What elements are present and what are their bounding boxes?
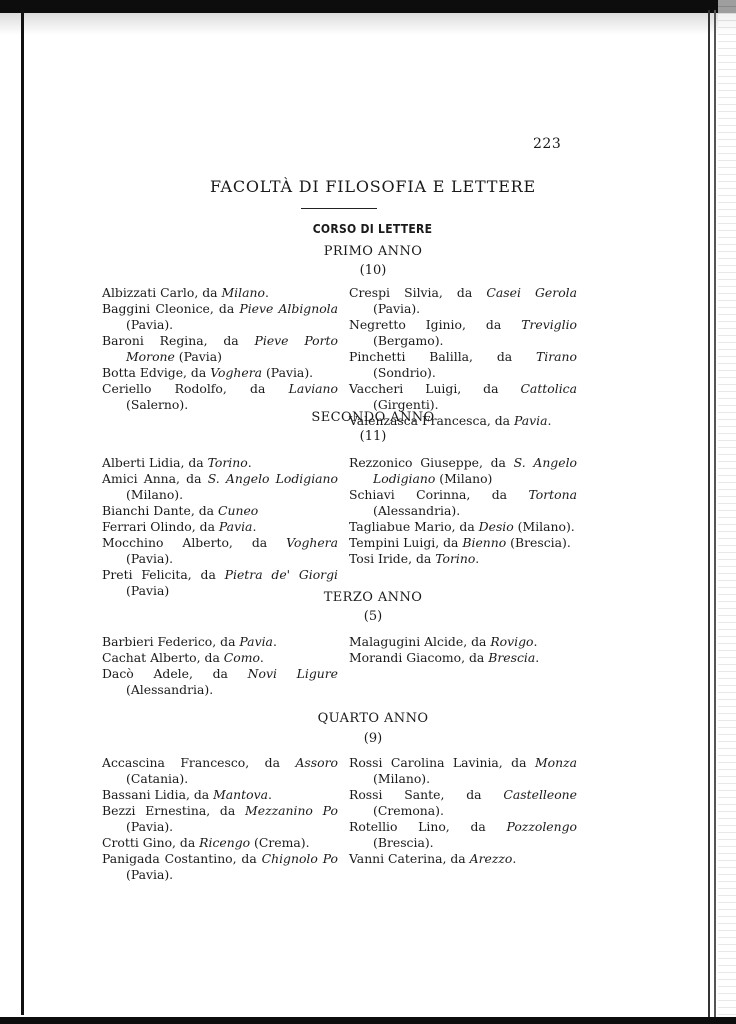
scan-left-border: [21, 10, 24, 1015]
birthplace: Voghera: [286, 535, 338, 550]
birthplace: Pavia: [239, 634, 273, 649]
scan-top-border: [0, 0, 736, 13]
birthplace: Mezzanino Po: [245, 803, 338, 818]
student-name: Preti Felicita, da: [102, 567, 225, 582]
student-entry: Albizzati Carlo, da Milano.: [102, 285, 338, 301]
province: .: [475, 551, 479, 566]
student-name: Negretto Iginio, da: [349, 317, 521, 332]
student-entry: Ceriello Rodolfo, da Laviano (Salerno).: [102, 381, 338, 413]
birthplace: Assoro: [295, 755, 338, 770]
title-divider: [301, 208, 377, 209]
faculty-title: FACOLTÀ DI FILOSOFIA E LETTERE: [0, 177, 736, 196]
course-title: CORSO DI LETTERE: [37, 222, 699, 236]
birthplace: Treviglio: [521, 317, 577, 332]
student-entry: Cachat Alberto, da Como.: [102, 650, 338, 666]
birthplace: Como: [224, 650, 260, 665]
birthplace: Casei Gerola: [486, 285, 577, 300]
province: .: [273, 634, 277, 649]
page-number: 223: [533, 136, 561, 152]
birthplace: S. Angelo Lodigiano: [208, 471, 338, 486]
student-name: Tempini Luigi, da: [349, 535, 462, 550]
scan-top-shadow: [0, 13, 736, 35]
province: (Sondrio).: [373, 365, 436, 380]
scan-bottom-border: [0, 1017, 736, 1024]
birthplace: Bienno: [462, 535, 506, 550]
province: (Alessandria).: [373, 503, 460, 518]
province: (Pavia).: [262, 365, 313, 380]
student-name: Baroni Regina, da: [102, 333, 255, 348]
student-entry: Rossi Sante, da Castelleone (Cremona).: [349, 787, 577, 819]
student-name: Bianchi Dante, da: [102, 503, 218, 518]
section-count-secondo-anno: (11): [0, 429, 736, 444]
student-entry: Tempini Luigi, da Bienno (Brescia).: [349, 535, 577, 551]
student-entry: Rezzonico Giuseppe, da S. Angelo Lodigia…: [349, 455, 577, 487]
student-name: Cachat Alberto, da: [102, 650, 224, 665]
student-name: Schiavi Corinna, da: [349, 487, 529, 502]
province: (Milano): [435, 471, 492, 486]
province: (Cremona).: [373, 803, 444, 818]
section-count-terzo-anno: (5): [0, 609, 736, 624]
student-name: Bassani Lidia, da: [102, 787, 213, 802]
student-entry: Panigada Costantino, da Chignolo Po (Pav…: [102, 851, 338, 883]
student-name: Ceriello Rodolfo, da: [102, 381, 289, 396]
student-list-right: Rossi Carolina Lavinia, da Monza (Milano…: [349, 755, 577, 867]
student-entry: Bianchi Dante, da Cuneo: [102, 503, 338, 519]
birthplace: Torino: [208, 455, 248, 470]
province: .: [268, 787, 272, 802]
student-entry: Negretto Iginio, da Treviglio (Bergamo).: [349, 317, 577, 349]
student-entry: Morandi Giacomo, da Brescia.: [349, 650, 577, 666]
student-entry: Tagliabue Mario, da Desio (Milano).: [349, 519, 577, 535]
birthplace: Tortona: [529, 487, 578, 502]
scan-right-border: [708, 10, 710, 1018]
student-entry: Crespi Silvia, da Casei Gerola (Pavia).: [349, 285, 577, 317]
section-count-quarto-anno: (9): [0, 731, 736, 746]
province: .: [265, 285, 269, 300]
student-entry: Rotellio Lino, da Pozzolengo (Brescia).: [349, 819, 577, 851]
student-name: Bezzi Ernestina, da: [102, 803, 245, 818]
province: .: [535, 650, 539, 665]
student-name: Rezzonico Giuseppe, da: [349, 455, 514, 470]
birthplace: Voghera: [210, 365, 262, 380]
birthplace: Laviano: [289, 381, 338, 396]
birthplace: Brescia: [488, 650, 535, 665]
student-name: Baggini Cleonice, da: [102, 301, 239, 316]
student-entry: Tosi Iride, da Torino.: [349, 551, 577, 567]
student-name: Rotellio Lino, da: [349, 819, 507, 834]
student-name: Morandi Giacomo, da: [349, 650, 488, 665]
birthplace: Pietra de' Giorgi: [225, 567, 338, 582]
student-entry: Alberti Lidia, da Torino.: [102, 455, 338, 471]
student-name: Alberti Lidia, da: [102, 455, 208, 470]
birthplace: Monza: [535, 755, 577, 770]
province: (Pavia).: [126, 867, 173, 882]
province: .: [260, 650, 264, 665]
birthplace: Pavia: [219, 519, 253, 534]
birthplace: Chignolo Po: [262, 851, 338, 866]
student-name: Rossi Sante, da: [349, 787, 503, 802]
birthplace: Castelleone: [503, 787, 577, 802]
student-entry: Bassani Lidia, da Mantova.: [102, 787, 338, 803]
student-name: Tosi Iride, da: [349, 551, 435, 566]
birthplace: Cuneo: [218, 503, 258, 518]
province: .: [512, 851, 516, 866]
student-entry: Amici Anna, da S. Angelo Lodigiano (Mila…: [102, 471, 338, 503]
student-name: Botta Edvige, da: [102, 365, 210, 380]
student-entry: Baroni Regina, da Pieve Porto Morone (Pa…: [102, 333, 338, 365]
birthplace: Novi Ligure: [248, 666, 338, 681]
student-name: Rossi Carolina Lavinia, da: [349, 755, 535, 770]
student-entry: Dacò Adele, da Novi Ligure (Alessandria)…: [102, 666, 338, 698]
student-name: Crespi Silvia, da: [349, 285, 486, 300]
student-list-left: Accascina Francesco, da Assoro (Catania)…: [102, 755, 338, 883]
student-entry: Mocchino Alberto, da Voghera (Pavia).: [102, 535, 338, 567]
birthplace: Ricengo: [199, 835, 250, 850]
student-name: Pinchetti Balilla, da: [349, 349, 536, 364]
student-entry: Vanni Caterina, da Arezzo.: [349, 851, 577, 867]
province: (Milano).: [514, 519, 575, 534]
student-entry: Crotti Gino, da Ricengo (Crema).: [102, 835, 338, 851]
student-name: Crotti Gino, da: [102, 835, 199, 850]
province: (Crema).: [250, 835, 309, 850]
scan-right-border-inner: [714, 10, 716, 1018]
section-heading-quarto-anno: QUARTO ANNO: [0, 711, 736, 726]
student-entry: Accascina Francesco, da Assoro (Catania)…: [102, 755, 338, 787]
student-name: Barbieri Federico, da: [102, 634, 239, 649]
province: .: [248, 455, 252, 470]
province: (Bergamo).: [373, 333, 444, 348]
student-entry: Botta Edvige, da Voghera (Pavia).: [102, 365, 338, 381]
birthplace: Rovigo: [490, 634, 533, 649]
province: (Pavia).: [373, 301, 420, 316]
section-count-primo-anno: (10): [0, 263, 736, 278]
student-name: Vanni Caterina, da: [349, 851, 470, 866]
birthplace: Torino: [435, 551, 475, 566]
student-list-left: Barbieri Federico, da Pavia.Cachat Alber…: [102, 634, 338, 698]
province: (Brescia).: [373, 835, 434, 850]
student-list-right: Rezzonico Giuseppe, da S. Angelo Lodigia…: [349, 455, 577, 567]
student-list-left: Alberti Lidia, da Torino.Amici Anna, da …: [102, 455, 338, 599]
province: (Catania).: [126, 771, 188, 786]
student-entry: Ferrari Olindo, da Pavia.: [102, 519, 338, 535]
province: (Pavia): [175, 349, 222, 364]
scan-right-edge: [718, 0, 736, 1024]
province: (Alessandria).: [126, 682, 213, 697]
province: (Milano).: [126, 487, 183, 502]
student-entry: Barbieri Federico, da Pavia.: [102, 634, 338, 650]
section-heading-terzo-anno: TERZO ANNO: [0, 590, 736, 605]
student-name: Vaccheri Luigi, da: [349, 381, 520, 396]
birthplace: Desio: [479, 519, 514, 534]
birthplace: Milano: [221, 285, 264, 300]
student-entry: Baggini Cleonice, da Pieve Albignola (Pa…: [102, 301, 338, 333]
student-entry: Malagugini Alcide, da Rovigo.: [349, 634, 577, 650]
student-entry: Bezzi Ernestina, da Mezzanino Po (Pavia)…: [102, 803, 338, 835]
student-entry: Schiavi Corinna, da Tortona (Alessandria…: [349, 487, 577, 519]
student-name: Ferrari Olindo, da: [102, 519, 219, 534]
student-name: Albizzati Carlo, da: [102, 285, 221, 300]
student-name: Dacò Adele, da: [102, 666, 248, 681]
birthplace: Pozzolengo: [507, 819, 577, 834]
province: .: [533, 634, 537, 649]
birthplace: Pieve Albignola: [239, 301, 338, 316]
student-entry: Vaccheri Luigi, da Cattolica (Girgenti).: [349, 381, 577, 413]
student-list-left: Albizzati Carlo, da Milano.Baggini Cleon…: [102, 285, 338, 413]
student-name: Tagliabue Mario, da: [349, 519, 479, 534]
student-entry: Pinchetti Balilla, da Tirano (Sondrio).: [349, 349, 577, 381]
birthplace: Tirano: [536, 349, 577, 364]
province: (Milano).: [373, 771, 430, 786]
student-name: Panigada Costantino, da: [102, 851, 262, 866]
student-name: Accascina Francesco, da: [102, 755, 295, 770]
province: (Brescia).: [506, 535, 571, 550]
student-entry: Rossi Carolina Lavinia, da Monza (Milano…: [349, 755, 577, 787]
province: (Pavia).: [126, 317, 173, 332]
province: .: [252, 519, 256, 534]
section-heading-secondo-anno: SECONDO ANNO: [0, 410, 736, 425]
birthplace: Mantova: [213, 787, 268, 802]
birthplace: Arezzo: [470, 851, 513, 866]
province: (Pavia).: [126, 551, 173, 566]
student-list-right: Crespi Silvia, da Casei Gerola (Pavia).N…: [349, 285, 577, 429]
student-list-right: Malagugini Alcide, da Rovigo.Morandi Gia…: [349, 634, 577, 666]
student-name: Mocchino Alberto, da: [102, 535, 286, 550]
province: (Pavia).: [126, 819, 173, 834]
student-name: Amici Anna, da: [102, 471, 208, 486]
section-heading-primo-anno: PRIMO ANNO: [0, 244, 736, 259]
birthplace: Cattolica: [520, 381, 577, 396]
student-name: Malagugini Alcide, da: [349, 634, 490, 649]
